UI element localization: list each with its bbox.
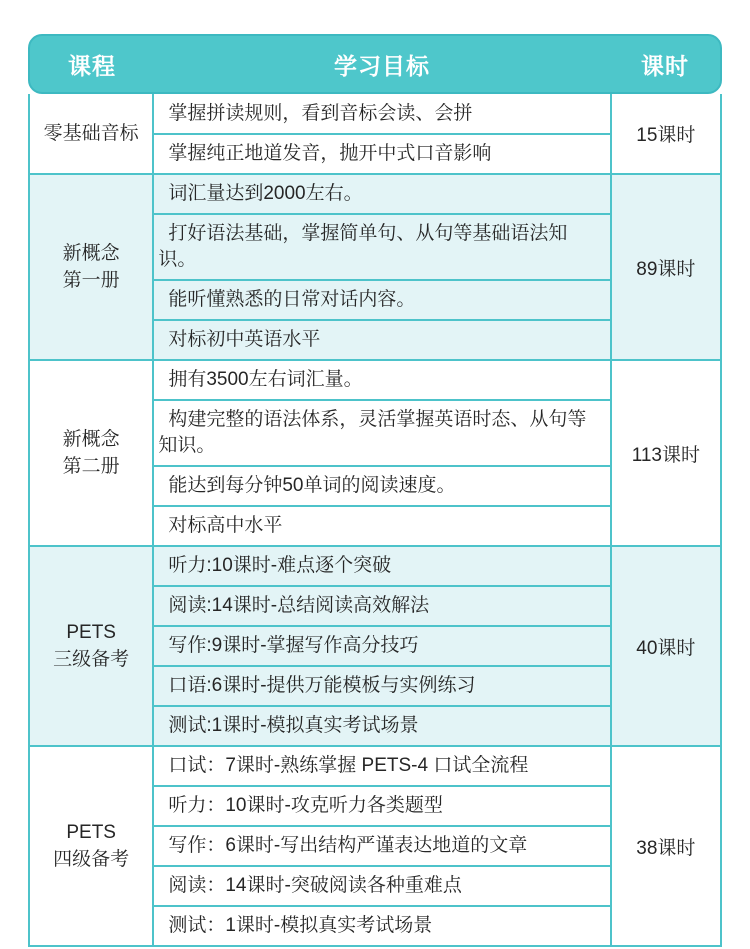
goal-cell: 对标初中英语水平 (153, 320, 610, 360)
goal-cell: 能听懂熟悉的日常对话内容。 (153, 280, 610, 320)
goal-cell: 口试：7课时-熟练掌握 PETS-4 口试全流程 (153, 746, 610, 786)
course-name-line: 三级备考 (34, 646, 148, 673)
goal-cell: 掌握纯正地道发音，抛开中式口音影响 (153, 134, 610, 174)
course-name-cell: 新概念 第一册 (29, 174, 153, 360)
goal-cell: 测试:1课时-模拟真实考试场景 (153, 706, 610, 746)
course-name-line: 第一册 (34, 267, 148, 294)
goal-cell: 测试：1课时-模拟真实考试场景 (153, 906, 610, 946)
table-row: 零基础音标 掌握拼读规则，看到音标会读、会拼 15课时 (29, 94, 721, 134)
goal-cell: 写作：6课时-写出结构严谨表达地道的文章 (153, 826, 610, 866)
goal-cell: 对标高中水平 (153, 506, 610, 546)
header-hours: 课时 (610, 48, 720, 81)
table-row: PETS 三级备考 听力:10课时-难点逐个突破 40课时 (29, 546, 721, 586)
course-name-line: 零基础音标 (34, 120, 148, 147)
goal-cell: 构建完整的语法体系，灵活掌握英语时态、从句等 知识。 (153, 400, 610, 466)
goal-cell: 口语:6课时-提供万能模板与实例练习 (153, 666, 610, 706)
course-name-cell: 新概念 第二册 (29, 360, 153, 546)
table-row: 新概念 第二册 拥有3500左右词汇量。 113课时 (29, 360, 721, 400)
hours-cell: 89课时 (611, 174, 721, 360)
course-table: 课程 学习目标 课时 零基础音标 掌握拼读规则，看到音标会读、会拼 15课时 (28, 34, 722, 947)
hours-cell: 113课时 (611, 360, 721, 546)
header-course: 课程 (30, 48, 154, 81)
goal-cell: 写作:9课时-掌握写作高分技巧 (153, 626, 610, 666)
course-name-line: 第二册 (34, 453, 148, 480)
hours-cell: 15课时 (611, 94, 721, 174)
course-name-line: 四级备考 (34, 846, 148, 873)
course-curriculum-page: 课程 学习目标 课时 零基础音标 掌握拼读规则，看到音标会读、会拼 15课时 (0, 0, 750, 949)
goal-cell: 掌握拼读规则，看到音标会读、会拼 (153, 94, 610, 134)
course-name-cell: PETS 三级备考 (29, 546, 153, 746)
hours-cell: 40课时 (611, 546, 721, 746)
hours-cell: 38课时 (611, 746, 721, 946)
course-table-body: 零基础音标 掌握拼读规则，看到音标会读、会拼 15课时 掌握纯正地道发音，抛开中… (28, 94, 722, 947)
goal-cell: 阅读：14课时-突破阅读各种重难点 (153, 866, 610, 906)
course-name-cell: PETS 四级备考 (29, 746, 153, 946)
header-goals: 学习目标 (154, 48, 610, 81)
course-name-line: 新概念 (34, 426, 148, 453)
goal-cell: 阅读:14课时-总结阅读高效解法 (153, 586, 610, 626)
goal-cell: 能达到每分钟50单词的阅读速度。 (153, 466, 610, 506)
table-header: 课程 学习目标 课时 (28, 34, 722, 94)
goal-cell: 听力:10课时-难点逐个突破 (153, 546, 610, 586)
course-name-line: 新概念 (34, 240, 148, 267)
table-row: PETS 四级备考 口试：7课时-熟练掌握 PETS-4 口试全流程 38课时 (29, 746, 721, 786)
course-name-cell: 零基础音标 (29, 94, 153, 174)
goal-cell: 打好语法基础，掌握简单句、从句等基础语法知识。 (153, 214, 610, 280)
goal-cell: 听力：10课时-攻克听力各类题型 (153, 786, 610, 826)
goal-cell: 拥有3500左右词汇量。 (153, 360, 610, 400)
goal-cell: 词汇量达到2000左右。 (153, 174, 610, 214)
course-name-line: PETS (34, 619, 148, 646)
table-row: 新概念 第一册 词汇量达到2000左右。 89课时 (29, 174, 721, 214)
course-name-line: PETS (34, 819, 148, 846)
